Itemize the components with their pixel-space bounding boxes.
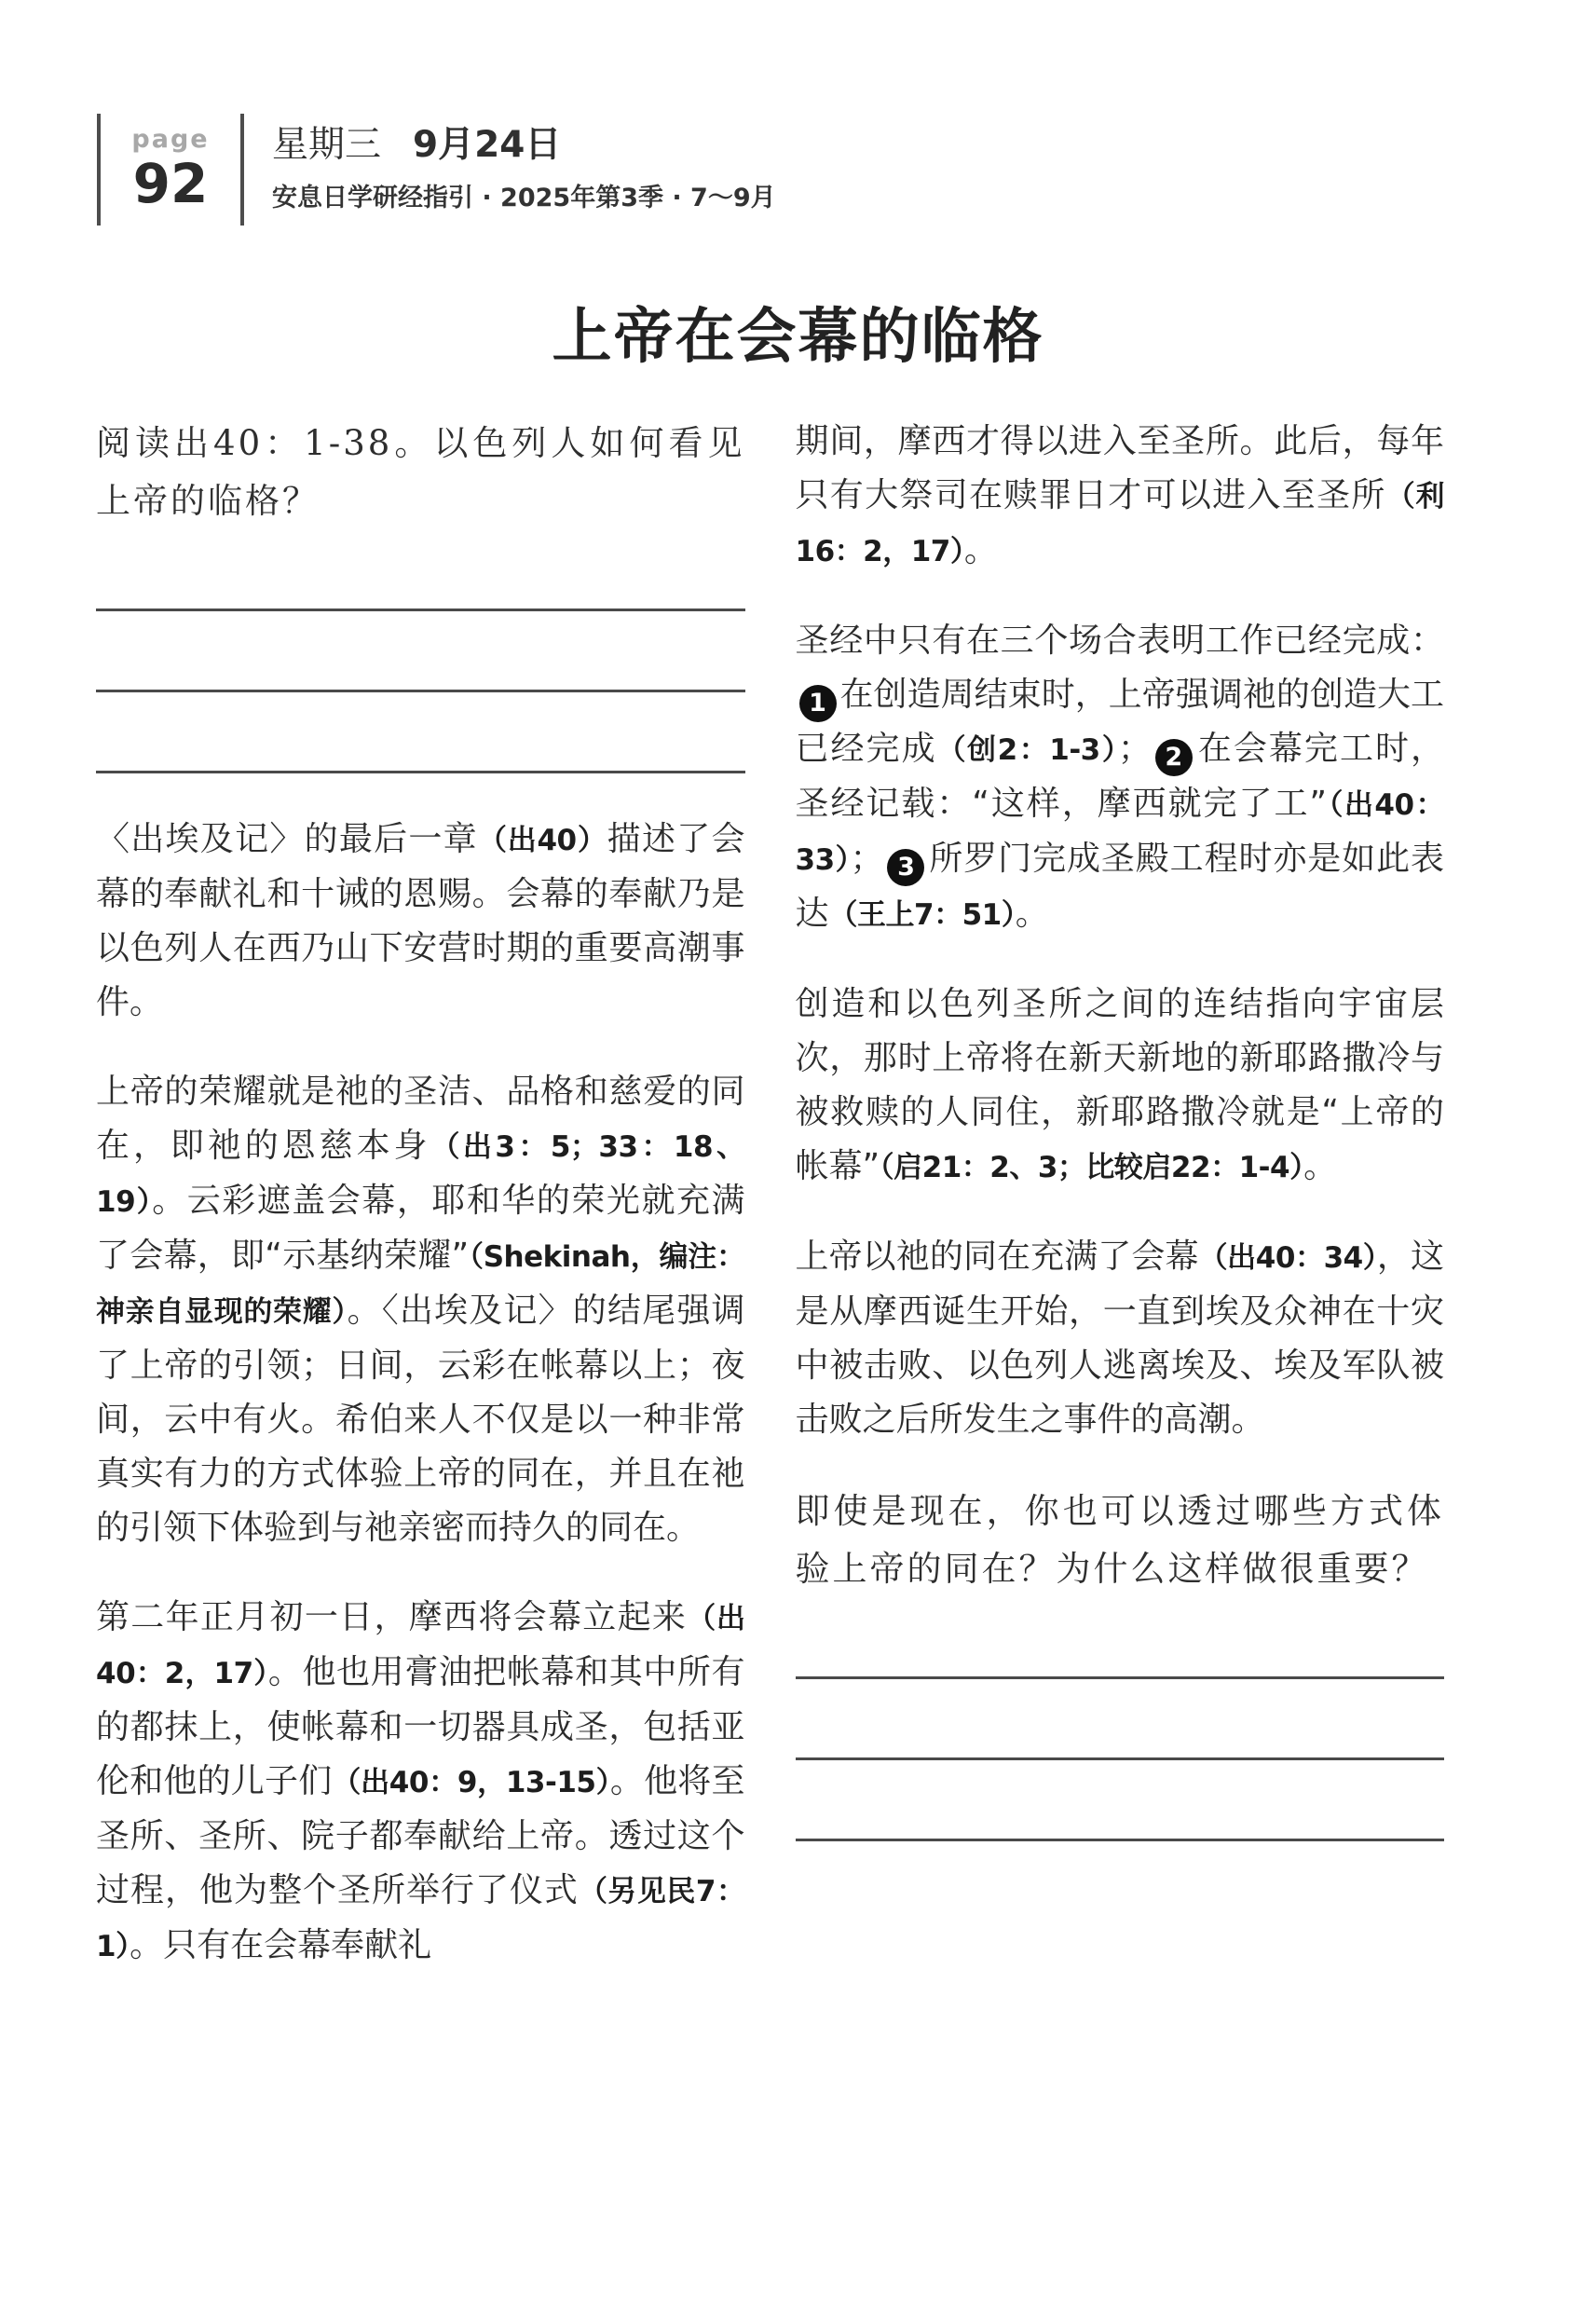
answer-line	[796, 1760, 1445, 1841]
answer-line	[96, 611, 745, 692]
page-label: page	[131, 127, 209, 152]
numbered-badge-2: 2	[1155, 739, 1193, 776]
left-column: 阅读出40：1-38。以色列人如何看见上帝的临格？ 〈出埃及记〉的最后一章（出4…	[96, 415, 745, 1974]
scripture-ref: （王上7：51）	[829, 898, 1016, 932]
paragraph: 上帝的荣耀就是祂的圣洁、品格和慈爱的同在，即祂的恩慈本身（出3：5；33：18、…	[96, 1065, 745, 1555]
scripture-ref: （出40：9，13-15）	[332, 1766, 609, 1799]
text-segment: ；	[1118, 730, 1152, 768]
text-segment: 〈出埃及记〉的最后一章	[96, 820, 478, 858]
text-segment: 圣经中只有在三个场合表明工作已经完成：	[796, 622, 1445, 660]
text-segment: 。只有在会幕奉献礼	[130, 1926, 431, 1964]
right-column: 期间，摩西才得以进入至圣所。此后，每年只有大祭司在赎罪日才可以进入至圣所（利16…	[796, 415, 1445, 1974]
page-number: 92	[133, 156, 209, 212]
text-segment: 。	[1016, 895, 1049, 933]
document-page: page 92 星期三9月24日 安息日学研经指引 · 2025年第3季 · 7…	[0, 0, 1596, 2311]
text-segment: 。	[964, 531, 998, 569]
page-number-block: page 92	[101, 114, 240, 226]
answer-line	[96, 530, 745, 611]
text-segment: 期间，摩西才得以进入至圣所。此后，每年只有大祭司在赎罪日才可以进入至圣所	[796, 422, 1445, 514]
paragraph: 圣经中只有在三个场合表明工作已经完成：1在创造周结束时，上帝强调祂的创造大工已经…	[796, 614, 1445, 942]
answer-lines	[796, 1598, 1445, 1841]
paragraph: 期间，摩西才得以进入至圣所。此后，每年只有大祭司在赎罪日才可以进入至圣所（利16…	[796, 415, 1445, 579]
numbered-badge-3: 3	[887, 849, 924, 886]
answer-line	[96, 692, 745, 773]
answer-lines	[96, 530, 745, 773]
paragraph: 第二年正月初一日，摩西将会幕立起来（出40：2，17）。他也用膏油把帐幕和其中所…	[96, 1591, 745, 1974]
day-block: 星期三9月24日 安息日学研经指引 · 2025年第3季 · 7～9月	[244, 114, 776, 226]
text-segment: 上帝以祂的同在充满了会幕	[796, 1238, 1199, 1276]
scripture-ref: （启21：2、3；比较启22：1-4）	[880, 1151, 1303, 1184]
weekday-label: 星期三	[272, 124, 381, 166]
paragraph: 〈出埃及记〉的最后一章（出40）描述了会幕的奉献礼和十诫的恩赐。会幕的奉献乃是以…	[96, 813, 745, 1030]
text-segment: 。〈出埃及记〉的结尾强调了上帝的引领；日间，云彩在帐幕以上；夜间，云中有火。希伯…	[96, 1292, 745, 1547]
answer-line	[796, 1679, 1445, 1760]
scripture-ref: （创2：1-3）	[937, 733, 1118, 767]
scripture-ref: （出40：34）	[1199, 1241, 1377, 1275]
edition-subtitle: 安息日学研经指引 · 2025年第3季 · 7～9月	[272, 177, 776, 213]
text-segment: 。	[1303, 1147, 1337, 1185]
text-segment: ；	[850, 840, 883, 878]
day-line: 星期三9月24日	[272, 126, 776, 166]
date-label: 9月24日	[413, 124, 561, 166]
answer-line	[796, 1598, 1445, 1679]
paragraph: 上帝以祂的同在充满了会幕（出40：34），这是从摩西诞生开始，一直到埃及众神在十…	[796, 1230, 1445, 1447]
lesson-title: 上帝在会幕的临格	[0, 289, 1596, 375]
numbered-badge-1: 1	[799, 685, 837, 722]
application-question: 即使是现在，你也可以透过哪些方式体验上帝的同在？为什么这样做很重要？	[796, 1483, 1445, 1598]
scripture-ref: （出40）	[478, 824, 607, 857]
paragraph: 创造和以色列圣所之间的连结指向宇宙层次，那时上帝将在新天新地的新耶路撒冷与被救赎…	[796, 978, 1445, 1195]
study-question: 阅读出40：1-38。以色列人如何看见上帝的临格？	[96, 415, 745, 530]
page-header: page 92 星期三9月24日 安息日学研经指引 · 2025年第3季 · 7…	[97, 114, 776, 226]
two-column-body: 阅读出40：1-38。以色列人如何看见上帝的临格？ 〈出埃及记〉的最后一章（出4…	[96, 415, 1444, 1974]
text-segment: 第二年正月初一日，摩西将会幕立起来	[96, 1598, 687, 1636]
